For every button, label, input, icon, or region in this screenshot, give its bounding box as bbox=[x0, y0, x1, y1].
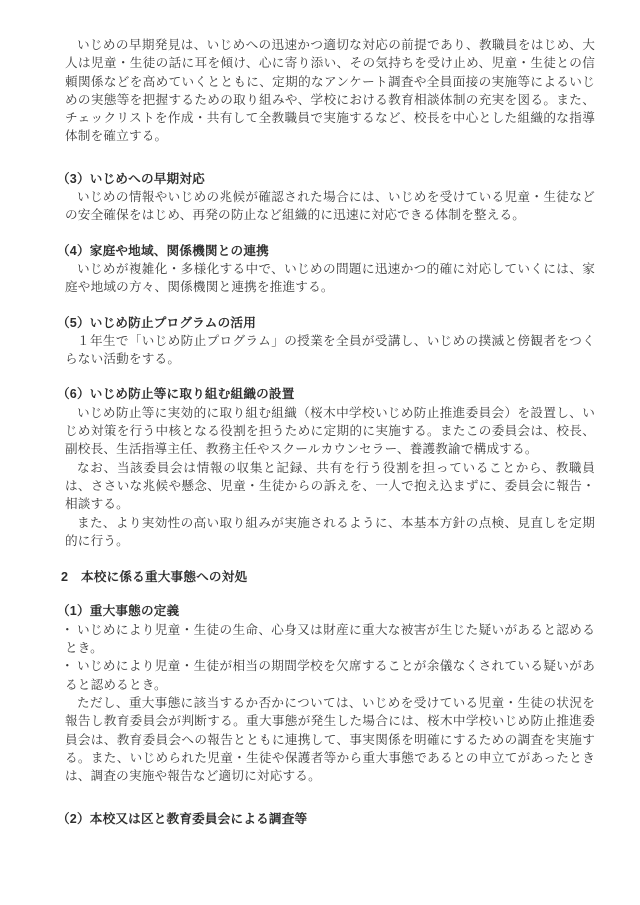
section-heading-4-cooperation: （4）家庭や地域、関係機関との連携 bbox=[57, 242, 595, 260]
chapter-heading-2-serious-cases: 2 本校に係る重大事態への対処 bbox=[61, 568, 595, 586]
paragraph-4-body: いじめが複雑化・多様化する中で、いじめの問題に迅速かつ的確に対応していくには、家… bbox=[65, 260, 595, 297]
paragraph-6-body-2: なお、当該委員会は情報の収集と記録、共有を行う役割を担っていることから、教職員は… bbox=[65, 459, 595, 514]
bullet-item-2: ・ いじめにより児童・生徒が相当の期間学校を欠席することが余儀なくされている疑い… bbox=[65, 657, 595, 694]
bullet-item-1-text: いじめにより児童・生徒の生命、心身又は財産に重大な被害が生じた疑いがあると認める… bbox=[65, 623, 595, 655]
paragraph-6-body-3: また、より実効性の高い取り組みが実施されるように、本基本方針の点検、見直しを定期… bbox=[65, 514, 595, 551]
bullet-marker: ・ bbox=[61, 621, 74, 639]
bullet-marker: ・ bbox=[61, 657, 74, 675]
section-heading-5-prevention-program: （5）いじめ防止プログラムの活用 bbox=[57, 314, 595, 332]
document-page: いじめの早期発見は、いじめへの迅速かつ適切な対応の前提であり、教職員をはじめ、大… bbox=[0, 0, 640, 905]
section-heading-6-organization: （6）いじめ防止等に取り組む組織の設置 bbox=[57, 385, 595, 403]
paragraph-6-body-1: いじめ防止等に実効的に取り組む組織（桜木中学校いじめ防止推進委員会）を設置し、い… bbox=[65, 404, 595, 459]
section-heading-1-definition: （1）重大事態の定義 bbox=[57, 602, 595, 620]
paragraph-early-detection: いじめの早期発見は、いじめへの迅速かつ適切な対応の前提であり、教職員をはじめ、大… bbox=[65, 36, 595, 146]
section-heading-2-investigation: （2）本校又は区と教育委員会による調査等 bbox=[57, 810, 595, 828]
paragraph-5-body: １年生で「いじめ防止プログラム」の授業を全員が受講し、いじめの撲滅と傍観者をつく… bbox=[65, 332, 595, 369]
paragraph-definition-note: ただし、重大事態に該当するか否かについては、いじめを受けている児童・生徒の状況を… bbox=[65, 694, 595, 785]
section-heading-3-early-response: （3）いじめへの早期対応 bbox=[57, 170, 595, 188]
paragraph-3-body: いじめの情報やいじめの兆候が確認された場合には、いじめを受けている児童・生徒など… bbox=[65, 188, 595, 225]
bullet-item-2-text: いじめにより児童・生徒が相当の期間学校を欠席することが余儀なくされている疑いがあ… bbox=[65, 659, 595, 691]
bullet-item-1: ・ いじめにより児童・生徒の生命、心身又は財産に重大な被害が生じた疑いがあると認… bbox=[65, 621, 595, 658]
